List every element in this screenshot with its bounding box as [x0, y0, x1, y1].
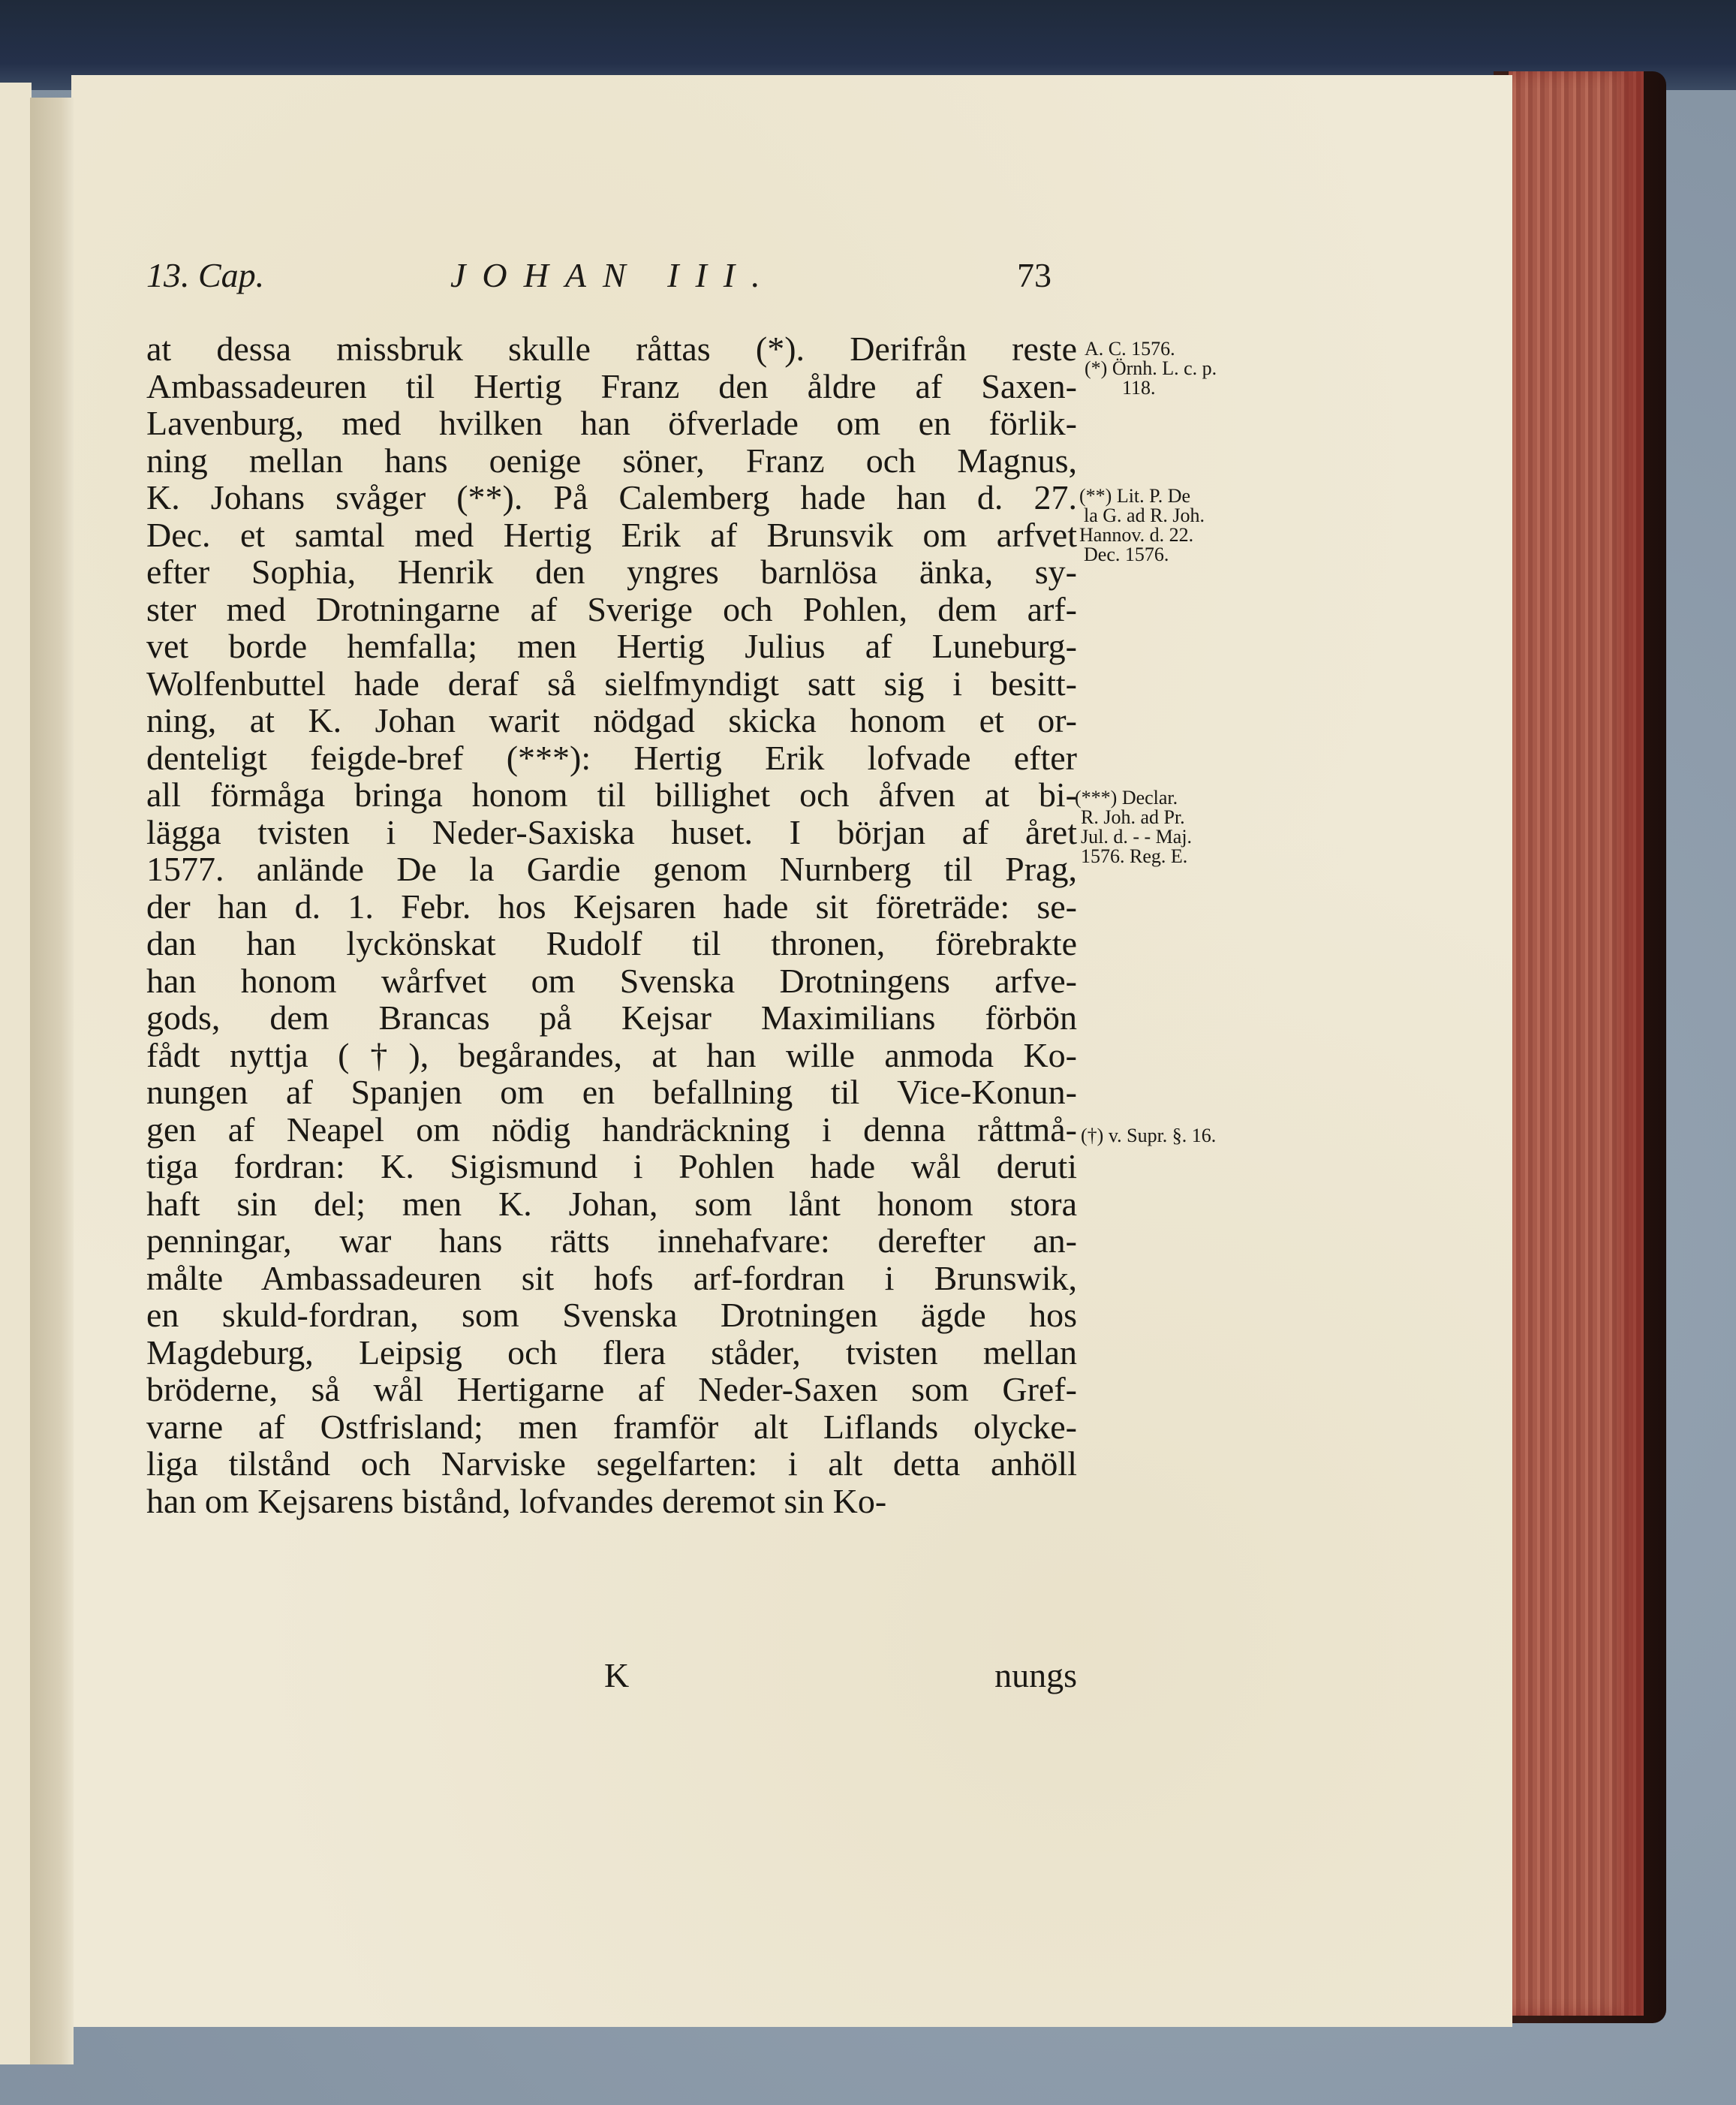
- text-line: haft sin del; men K. Johan, som lånt hon…: [146, 1185, 1077, 1223]
- text-line: han om Kejsarens bistånd, lofvandes dere…: [146, 1483, 1077, 1520]
- text-line: fådt nyttja (†), begårandes, at han will…: [146, 1037, 1077, 1074]
- margin-note: (**) Lit. P. De la G. ad R. Joh. Hannov.…: [1079, 486, 1205, 565]
- text-line: all förmåga bringa honom til billighet o…: [146, 776, 1077, 814]
- signature-mark: K: [604, 1655, 629, 1695]
- text-line: ning, at K. Johan warit nödgad skicka ho…: [146, 702, 1077, 739]
- red-fore-edge: [1509, 71, 1644, 2016]
- margin-note-line: (***) Declar.: [1075, 788, 1192, 808]
- margin-note: (†) v. Supr. §. 16.: [1081, 1126, 1216, 1146]
- margin-note-line: R. Joh. ad Pr.: [1075, 808, 1192, 827]
- text-line: vet borde hemfalla; men Hertig Julius af…: [146, 628, 1077, 665]
- page-gutter: [30, 98, 74, 2064]
- chapter-label: 13. Cap.: [146, 255, 264, 295]
- left-page-edge: [0, 83, 32, 2064]
- text-line: at dessa missbruk skulle råttas (*). Der…: [146, 330, 1077, 368]
- text-line: gen af Neapel om nödig handräckning i de…: [146, 1111, 1077, 1149]
- text-line: gods, dem Brancas på Kejsar Maximilians …: [146, 999, 1077, 1037]
- text-line: bröderne, så wål Hertigarne af Neder-Sax…: [146, 1371, 1077, 1408]
- text-line: penningar, war hans rätts innehafvare: d…: [146, 1222, 1077, 1260]
- running-title: JOHAN III.: [450, 255, 777, 295]
- text-line: lägga tvisten i Neder-Saxiska huset. I b…: [146, 814, 1077, 851]
- running-head: 13. Cap. JOHAN III. 73: [146, 255, 1077, 300]
- text-line: Wolfenbuttel hade deraf så sielfmyndigt …: [146, 665, 1077, 703]
- margin-note-line: A. C. 1576.: [1085, 339, 1217, 359]
- text-line: denteligt feigde-bref (***): Hertig Erik…: [146, 739, 1077, 777]
- margin-note-line: (**) Lit. P. De: [1079, 486, 1205, 506]
- catchline: K nungs: [146, 1655, 1077, 1693]
- margin-note-line: 118.: [1085, 378, 1217, 398]
- margin-note: (***) Declar. R. Joh. ad Pr. Jul. d. - -…: [1075, 788, 1192, 866]
- margin-note-line: (*) Örnh. L. c. p.: [1085, 359, 1217, 378]
- margin-note-line: Jul. d. - - Maj.: [1075, 827, 1192, 847]
- margin-note: A. C. 1576. (*) Örnh. L. c. p. 118.: [1085, 339, 1217, 398]
- text-line: Ambassadeuren til Hertig Franz den åldre…: [146, 368, 1077, 405]
- margin-note-line: la G. ad R. Joh.: [1079, 506, 1205, 525]
- text-line: liga tilstånd och Narviske segelfarten: …: [146, 1445, 1077, 1483]
- text-line: ster med Drotningarne af Sverige och Poh…: [146, 591, 1077, 628]
- text-line: dan han lyckönskat Rudolf til thronen, f…: [146, 925, 1077, 962]
- text-line: ning mellan hans oenige söner, Franz och…: [146, 442, 1077, 480]
- text-line: målte Ambassadeuren sit hofs arf-fordran…: [146, 1260, 1077, 1297]
- margin-note-line: Hannov. d. 22.: [1079, 525, 1205, 545]
- text-line: der han d. 1. Febr. hos Kejsaren hade si…: [146, 888, 1077, 926]
- margin-note-line: Dec. 1576.: [1079, 545, 1205, 565]
- body-text: at dessa missbruk skulle råttas (*). Der…: [146, 330, 1077, 1519]
- margin-note-line: 1576. Reg. E.: [1075, 847, 1192, 866]
- text-line: 1577. anlände De la Gardie genom Nurnber…: [146, 851, 1077, 888]
- text-line: varne af Ostfrisland; men framför alt Li…: [146, 1408, 1077, 1446]
- text-line: K. Johans svåger (**). På Calemberg hade…: [146, 479, 1077, 516]
- text-line: nungen af Spanjen om en befallning til V…: [146, 1074, 1077, 1111]
- text-line: en skuld-fordran, som Svenska Drotningen…: [146, 1296, 1077, 1334]
- text-line: efter Sophia, Henrik den yngres barnlösa…: [146, 553, 1077, 591]
- text-line: Magdeburg, Leipsig och flera ståder, tvi…: [146, 1334, 1077, 1372]
- text-line: han honom wårfvet om Svenska Drotningens…: [146, 962, 1077, 1000]
- page-number: 73: [1017, 255, 1052, 295]
- text-line: Dec. et samtal med Hertig Erik af Brunsv…: [146, 516, 1077, 554]
- text-line: tiga fordran: K. Sigismund i Pohlen hade…: [146, 1148, 1077, 1185]
- catchword: nungs: [994, 1655, 1077, 1695]
- text-line: Lavenburg, med hvilken han öfverlade om …: [146, 405, 1077, 442]
- margin-note-line: (†) v. Supr. §. 16.: [1081, 1126, 1216, 1146]
